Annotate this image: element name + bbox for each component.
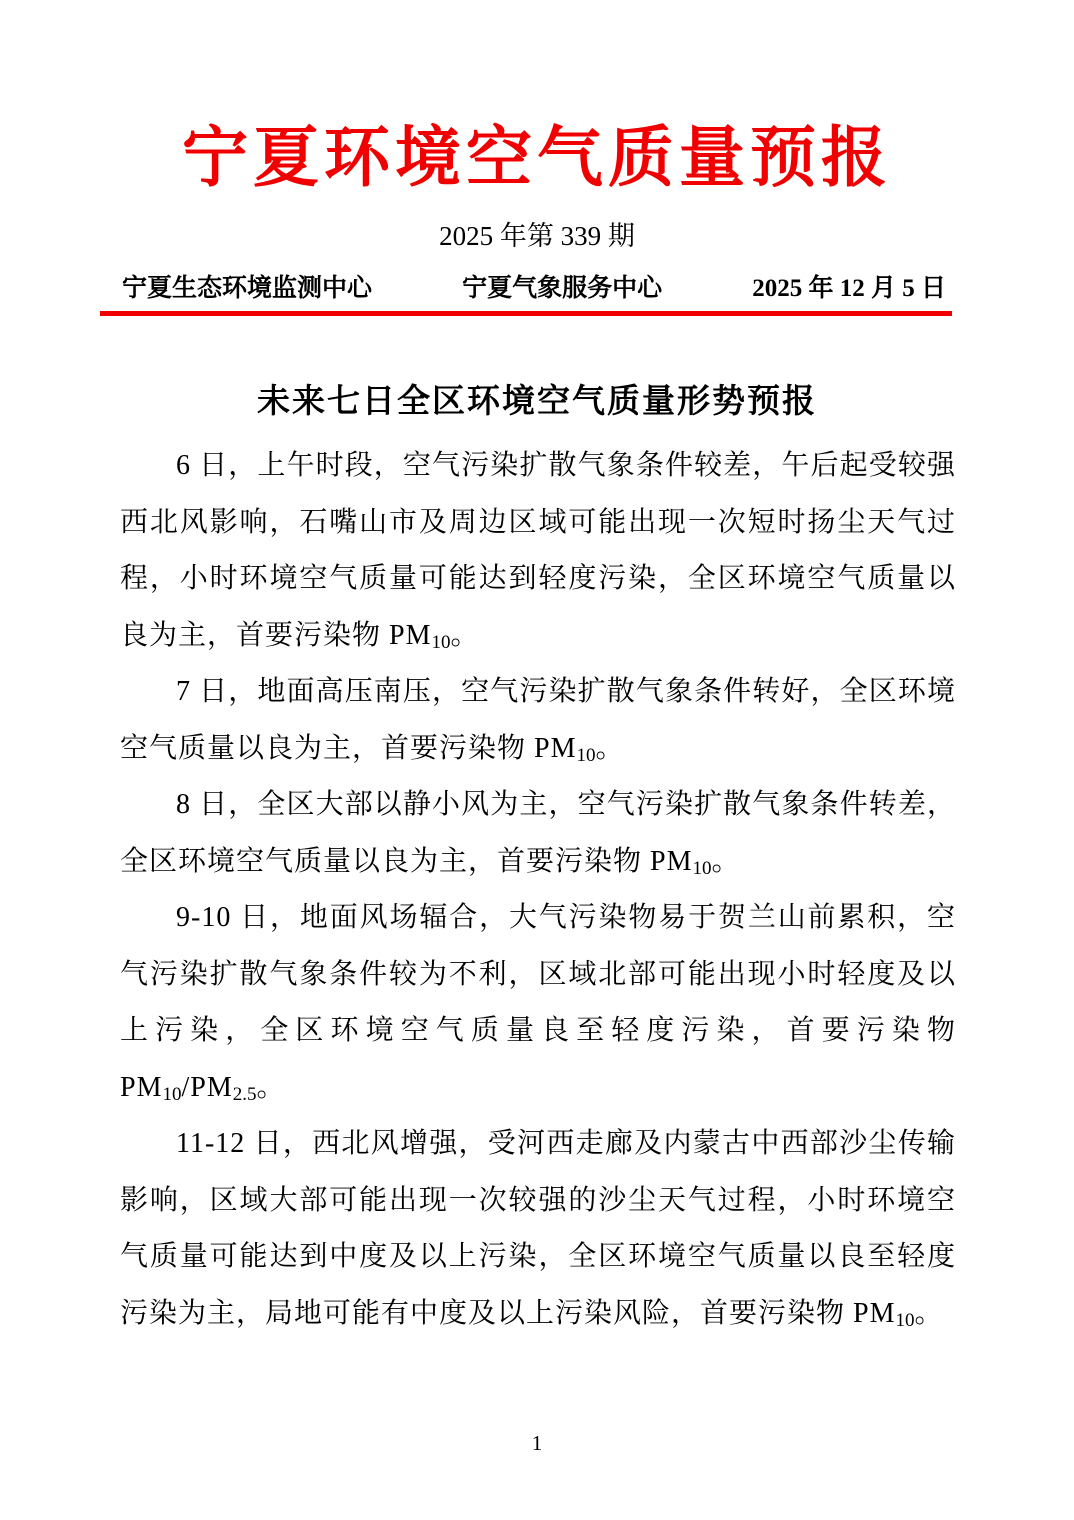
section-title: 未来七日全区环境空气质量形势预报 <box>0 380 1074 422</box>
agency-name-center: 宁夏气象服务中心 <box>462 273 662 305</box>
agency-name-left: 宁夏生态环境监测中心 <box>122 273 372 305</box>
forecast-paragraph-day9-10: 9-10 日，地面风场辐合，大气污染物易于贺兰山前累积，空气污染扩散气象条件较为… <box>120 890 956 1116</box>
forecast-paragraph-day7: 7 日，地面高压南压，空气污染扩散气象条件转好，全区环境空气质量以良为主，首要污… <box>120 664 956 777</box>
forecast-paragraph-day6: 6 日，上午时段，空气污染扩散气象条件较差，午后起受较强西北风影响，石嘴山市及周… <box>120 438 956 664</box>
issue-number: 2025 年第 339 期 <box>0 219 1074 253</box>
document-title: 宁夏环境空气质量预报 <box>0 0 1074 193</box>
red-divider-line <box>100 311 952 316</box>
page-number: 1 <box>0 1430 1074 1456</box>
document-page: 宁夏环境空气质量预报 2025 年第 339 期 宁夏生态环境监测中心 宁夏气象… <box>0 0 1074 1520</box>
forecast-paragraph-day11-12: 11-12 日，西北风增强，受河西走廊及内蒙古中西部沙尘传输影响，区域大部可能出… <box>120 1116 956 1342</box>
forecast-paragraph-day8: 8 日，全区大部以静小风为主，空气污染扩散气象条件转差，全区环境空气质量以良为主… <box>120 777 956 890</box>
header-row: 宁夏生态环境监测中心 宁夏气象服务中心 2025 年 12 月 5 日 <box>122 273 946 305</box>
forecast-body: 6 日，上午时段，空气污染扩散气象条件较差，午后起受较强西北风影响，石嘴山市及周… <box>120 438 956 1342</box>
issue-date: 2025 年 12 月 5 日 <box>752 273 946 305</box>
